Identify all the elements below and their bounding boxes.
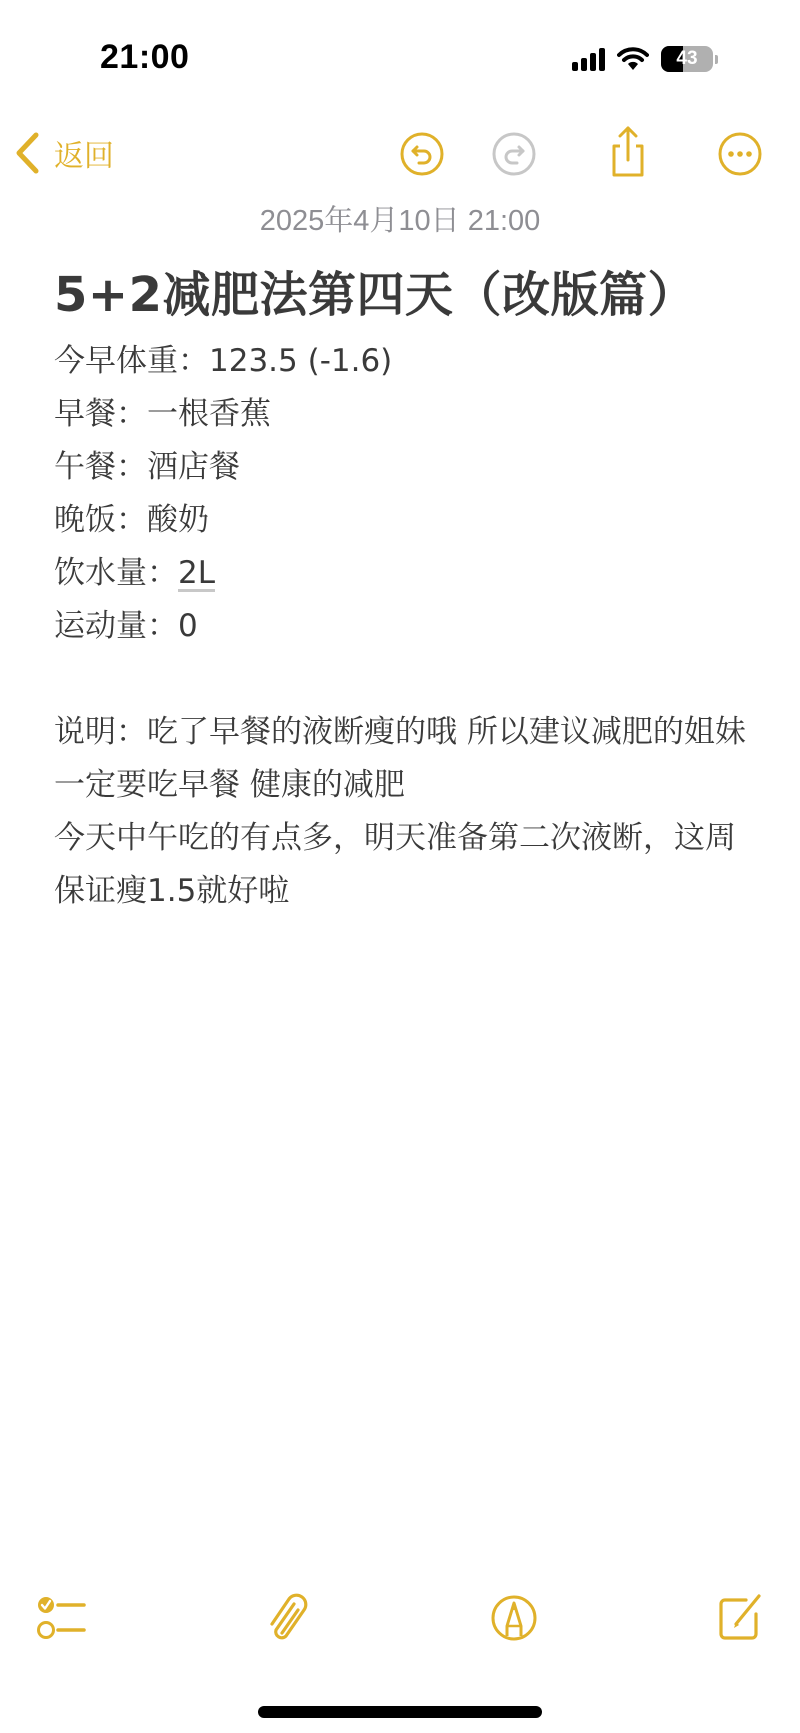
markup-button[interactable] — [486, 1590, 542, 1646]
back-button[interactable]: 返回 — [14, 128, 114, 178]
field-water: 饮水量：2L — [54, 547, 754, 600]
status-time: 21:00 — [100, 38, 189, 77]
checklist-icon — [34, 1590, 90, 1646]
field-label: 今早体重： — [54, 343, 209, 379]
field-breakfast: 早餐：一根香蕉 — [54, 388, 754, 441]
checklist-button[interactable] — [34, 1590, 90, 1646]
field-value: 0 — [178, 608, 198, 644]
redo-button[interactable] — [490, 130, 538, 178]
note-date: 2025年4月10日 21:00 — [0, 198, 800, 239]
field-label: 晚饭： — [54, 502, 147, 538]
field-value-detected[interactable]: 2L — [178, 555, 215, 591]
battery-tip — [715, 55, 718, 64]
home-indicator[interactable] — [258, 1706, 542, 1718]
attachment-button[interactable] — [260, 1590, 316, 1646]
bottom-toolbar — [0, 1590, 800, 1650]
more-icon — [716, 130, 764, 178]
field-value: 酸奶 — [147, 502, 209, 538]
status-bar: 21:00 43 — [0, 0, 800, 110]
field-weight: 今早体重：123.5 (-1.6) — [54, 335, 754, 388]
share-button[interactable] — [604, 124, 652, 178]
back-label: 返回 — [54, 131, 114, 175]
note-paragraph: 说明：吃了早餐的液断瘦的哦 所以建议减肥的姐妹一定要吃早餐 健康的减肥 — [54, 706, 754, 812]
wifi-icon — [617, 47, 649, 71]
cellular-signal-icon — [572, 47, 605, 71]
field-value: 一根香蕉 — [147, 396, 271, 432]
field-exercise: 运动量：0 — [54, 600, 754, 653]
compose-button[interactable] — [712, 1590, 768, 1646]
field-label: 运动量： — [54, 608, 178, 644]
note-body[interactable]: 今早体重：123.5 (-1.6) 早餐：一根香蕉 午餐：酒店餐 晚饭：酸奶 饮… — [54, 335, 754, 918]
note-paragraph: 今天中午吃的有点多，明天准备第二次液断，这周保证瘦1.5就好啦 — [54, 812, 754, 918]
share-icon — [604, 124, 652, 178]
battery-icon: 43 — [661, 46, 713, 72]
compose-icon — [712, 1590, 768, 1646]
field-label: 午餐： — [54, 449, 147, 485]
field-dinner: 晚饭：酸奶 — [54, 494, 754, 547]
more-button[interactable] — [716, 130, 764, 178]
nav-bar: 返回 — [0, 118, 800, 188]
chevron-left-icon — [14, 132, 40, 174]
field-value: 123.5 (-1.6) — [209, 343, 392, 379]
field-value: 酒店餐 — [147, 449, 240, 485]
undo-button[interactable] — [398, 130, 446, 178]
note-title[interactable]: 5+2减肥法第四天（改版篇） — [54, 256, 696, 325]
field-label: 早餐： — [54, 396, 147, 432]
markup-pen-icon — [486, 1590, 542, 1646]
field-label: 饮水量： — [54, 555, 178, 591]
paperclip-icon — [260, 1590, 316, 1646]
field-lunch: 午餐：酒店餐 — [54, 441, 754, 494]
battery-level: 43 — [661, 46, 713, 72]
status-icons: 43 — [572, 44, 718, 74]
blank-line — [54, 653, 754, 706]
undo-icon — [398, 130, 446, 178]
redo-icon — [490, 130, 538, 178]
